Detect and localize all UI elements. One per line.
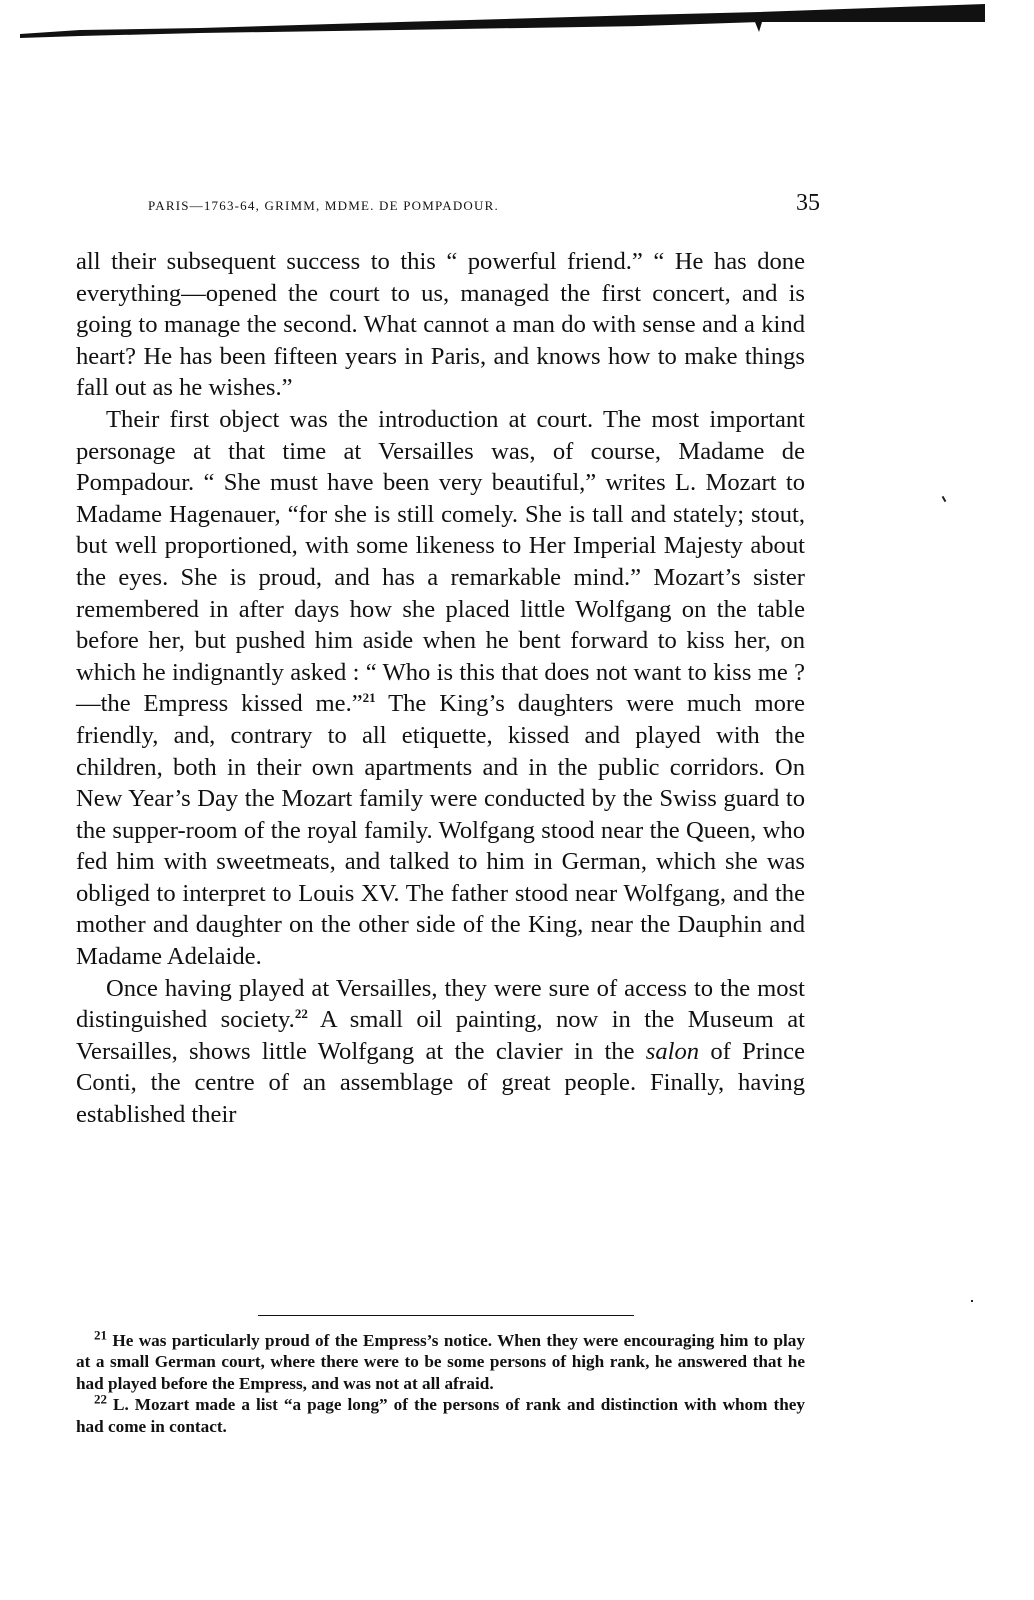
footnote-reference[interactable]: 21	[363, 690, 376, 705]
stray-mark	[971, 1300, 973, 1302]
footnote-separator-rule	[258, 1315, 634, 1316]
footnote-marker: 21	[94, 1327, 107, 1342]
running-head-title: PARIS—1763-64, GRIMM, MDME. DE POMPADOUR…	[148, 194, 499, 216]
footnote: 22 L. Mozart made a list “a page long” o…	[76, 1394, 805, 1437]
footnotes: 21 He was particularly proud of the Empr…	[76, 1330, 805, 1437]
body-text: all their subsequent success to this “ p…	[76, 246, 805, 1131]
stray-mark	[942, 496, 947, 502]
text-segment: Their first object was the introduction …	[76, 406, 805, 717]
footnote: 21 He was particularly proud of the Empr…	[76, 1330, 805, 1394]
scan-edge-artifact	[0, 0, 1034, 40]
footnote-text: L. Mozart made a list “a page long” of t…	[76, 1395, 805, 1435]
body-paragraph: Their first object was the introduction …	[76, 404, 805, 973]
running-head: PARIS—1763-64, GRIMM, MDME. DE POMPADOUR…	[148, 190, 820, 224]
page-number: 35	[796, 190, 820, 217]
footnote-marker: 22	[94, 1391, 107, 1406]
footnote-reference[interactable]: 22	[295, 1006, 308, 1021]
footnote-text: He was particularly proud of the Empress…	[76, 1331, 805, 1393]
italic-text: salon	[646, 1038, 699, 1065]
body-paragraph: Once having played at Versailles, they w…	[76, 973, 805, 1131]
body-paragraph: all their subsequent success to this “ p…	[76, 246, 805, 404]
text-segment: The King’s daughters were much more frie…	[76, 690, 805, 970]
text-segment: all their subsequent success to this “ p…	[76, 248, 805, 401]
